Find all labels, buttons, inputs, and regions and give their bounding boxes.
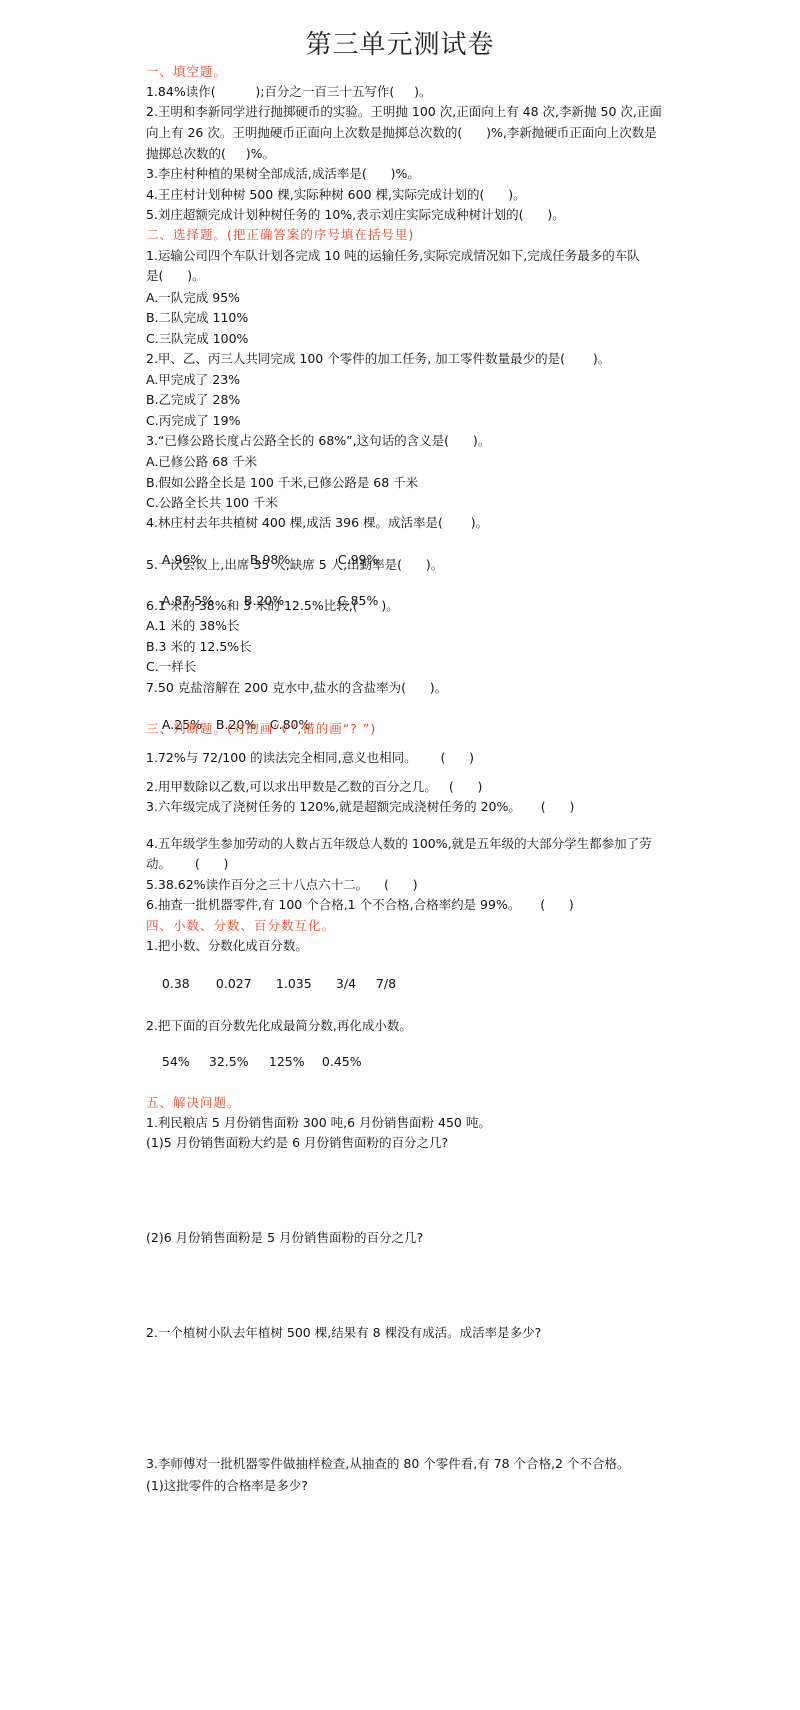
question-text: 3.李庄村种植的果树全部成活,成活率是( )%。 [146,166,420,182]
question-text: 向上有 26 次。王明抛硬币正面向上次数是抛掷总次数的( )%,李新抛硬币正面向… [146,125,657,141]
question-text: 动。 ( ) [146,856,228,872]
question-text: 5.一次会议上,出席 35 人,缺席 5 人,出勤率是( )。 [146,557,443,573]
question-text: 1.利民粮店 5 月份销售面粉 300 吨,6 月份销售面粉 450 吨。 [146,1115,491,1131]
section-heading-true-false: 三、判断题。(对的画“√”,错的画“? ”) [146,721,376,737]
value-item: 0.38 [162,976,216,992]
section-heading-conversion: 四、小数、分数、百分数互化。 [146,918,335,934]
question-text: 2.甲、乙、丙三人共同完成 100 个零件的加工任务, 加工零件数量最少的是( … [146,351,610,367]
choice-option: B.乙完成了 28% [146,392,240,408]
question-text: 5.刘庄超额完成计划种树任务的 10%,表示刘庄实际完成种树计划的( )。 [146,207,565,223]
test-paper: 第三单元测试卷 一、填空题。 1.84%读作( );百分之一百三十五写作( )。… [0,0,800,1710]
question-text: 7.50 克盐溶解在 200 克水中,盐水的含盐率为( )。 [146,680,447,696]
section-heading-multiple-choice: 二、选择题。(把正确答案的序号填在括号里) [146,227,414,243]
question-text: 1.72%与 72/100 的读法完全相同,意义也相同。 ( ) [146,750,474,766]
value-item: 1.035 [276,976,336,992]
question-text: 1.把小数、分数化成百分数。 [146,938,308,954]
choice-option: A.1 米的 38%长 [146,618,240,634]
section-heading-fill-in: 一、填空题。 [146,64,227,80]
choice-option: C.公路全长共 100 千米 [146,495,278,511]
value-item: 3/4 [336,976,376,992]
question-text: 2.一个植树小队去年植树 500 棵,结果有 8 棵没有成活。成活率是多少? [146,1325,541,1341]
value-item: 125% [269,1054,322,1070]
value-item: 7/8 [376,976,396,992]
value-item: 54% [162,1054,209,1070]
question-text: 4.林庄村去年共植树 400 棵,成活 396 棵。成活率是( )。 [146,515,488,531]
choice-option: B.3 米的 12.5%长 [146,639,252,655]
question-text: 3.李师傅对一批机器零件做抽样检查,从抽查的 80 个零件看,有 78 个合格,… [146,1456,629,1472]
values-row: 0.380.0271.0353/47/8 [146,960,396,1008]
question-text: 5.38.62%读作百分之三十八点六十二。 ( ) [146,877,418,893]
choice-option: A.已修公路 68 千米 [146,454,257,470]
question-text: 6.1 米的 38%和 3 米的 12.5%比较,( )。 [146,598,399,614]
question-text: (1)这批零件的合格率是多少? [146,1478,308,1494]
question-text: (1)5 月份销售面粉大约是 6 月份销售面粉的百分之几? [146,1135,448,1151]
question-text: 2.用甲数除以乙数,可以求出甲数是乙数的百分之几。 ( ) [146,779,482,795]
choice-option: A.甲完成了 23% [146,372,240,388]
question-text: 1.84%读作( );百分之一百三十五写作( )。 [146,84,432,100]
choice-option: C.一样长 [146,659,196,675]
question-text: 3.“已修公路长度占公路全长的 68%”,这句话的含义是( )。 [146,433,490,449]
page-title: 第三单元测试卷 [0,24,800,61]
value-item: 0.45% [322,1054,362,1070]
question-text: 2.把下面的百分数先化成最简分数,再化成小数。 [146,1018,412,1034]
question-text: 3.六年级完成了浇树任务的 120%,就是超额完成浇树任务的 20%。 ( ) [146,799,574,815]
values-row: 54%32.5%125%0.45% [146,1038,362,1086]
question-text: (2)6 月份销售面粉是 5 月份销售面粉的百分之几? [146,1230,423,1246]
value-item: 32.5% [209,1054,269,1070]
choice-option: B.假如公路全长是 100 千米,已修公路是 68 千米 [146,475,418,491]
choice-option: A.一队完成 95% [146,290,240,306]
question-text: 2.王明和李新同学进行抛掷硬币的实验。王明抛 100 次,正面向上有 48 次,… [146,104,662,120]
question-text: 1.运输公司四个车队计划各完成 10 吨的运输任务,实际完成情况如下,完成任务最… [146,248,640,264]
choice-option: C.三队完成 100% [146,331,248,347]
question-text: 4.五年级学生参加劳动的人数占五年级总人数的 100%,就是五年级的大部分学生都… [146,836,652,852]
question-text: 抛掷总次数的( )%。 [146,146,275,162]
choice-option: C.丙完成了 19% [146,413,240,429]
choice-option: B.二队完成 110% [146,310,248,326]
section-heading-problem-solving: 五、解决问题。 [146,1095,241,1111]
question-text: 6.抽查一批机器零件,有 100 个合格,1 个不合格,合格率约是 99%。 (… [146,897,574,913]
question-text: 4.王庄村计划种树 500 棵,实际种树 600 棵,实际完成计划的( )。 [146,187,526,203]
value-item: 0.027 [216,976,276,992]
question-text: 是( )。 [146,268,205,284]
